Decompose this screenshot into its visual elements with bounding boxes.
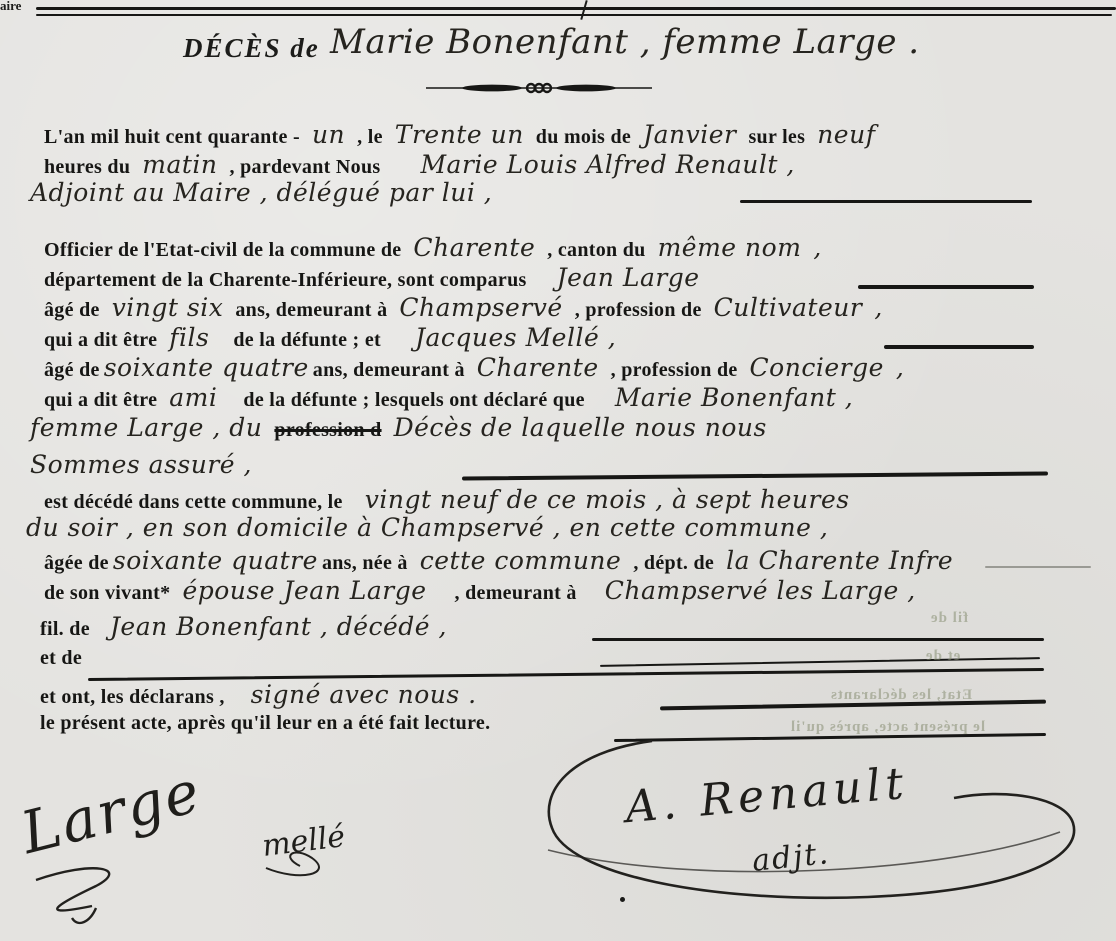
blank-fill-rule <box>600 657 1040 667</box>
blank-fill-rule <box>462 471 1048 480</box>
handwritten-text: vingt neuf de ce mois , à sept heures <box>365 485 850 514</box>
bleedthrough-text: Etat, les déclarants <box>830 687 972 704</box>
handwritten-text: , <box>813 233 821 262</box>
handwritten-text: un <box>312 120 345 149</box>
handwritten-text: Cultivateur <box>714 293 863 322</box>
handwritten-text: vingt six <box>112 293 224 322</box>
top-double-rule-1 <box>36 7 1116 10</box>
ink-dot <box>620 897 625 902</box>
act-line-18: et ont, les déclarans ,signé avec nous . <box>40 680 477 709</box>
handwritten-text: Concierge <box>750 353 884 382</box>
printed-text: , profession de <box>575 299 702 321</box>
blank-fill-rule <box>884 345 1034 349</box>
handwritten-text: matin <box>142 150 217 179</box>
printed-text: ans, demeurant à <box>313 359 465 381</box>
handwritten-text: , <box>874 293 882 322</box>
handwritten-text: , <box>896 353 904 382</box>
act-line-7: qui a dit êtrefilsde la défunte ; etJacq… <box>44 323 616 352</box>
handwritten-text: Charente <box>413 233 535 262</box>
handwritten-text: Champservé <box>399 293 562 322</box>
handwritten-text: Décès de laquelle nous nous <box>394 413 767 442</box>
record-title-handwritten: Marie Bonenfant , femme Large . <box>330 22 920 62</box>
act-line-12: est décédé dans cette commune, levingt n… <box>44 485 850 514</box>
handwritten-text: Adjoint au Maire , délégué par lui , <box>30 178 492 207</box>
act-line-8: âgé desoixante quatreans, demeurant àCha… <box>44 353 904 382</box>
handwritten-text: ami <box>169 383 217 412</box>
handwritten-text: Marie Bonenfant , femme Large . <box>330 22 920 62</box>
bleedthrough-text: fil de <box>930 610 968 627</box>
act-line-9: qui a dit êtreamide la défunte ; lesquel… <box>44 383 853 412</box>
printed-text: , le <box>357 126 383 148</box>
handwritten-text: soixante quatre <box>104 353 309 382</box>
printed-text: de la défunte ; lesquels ont déclaré que <box>243 389 584 411</box>
printed-text: , demeurant à <box>455 582 577 604</box>
handwritten-text: fils <box>169 323 209 352</box>
printed-text: , dépt. de <box>633 552 714 574</box>
printed-text: du mois de <box>536 126 631 148</box>
handwritten-text: Marie Louis Alfred Renault , <box>420 150 794 179</box>
printed-text: Officier de l'Etat-civil de la commune d… <box>44 239 401 261</box>
handwritten-text: du soir , en son domicile à Champservé ,… <box>26 513 828 542</box>
margin-text-fragment: aire <box>0 0 21 14</box>
printed-text: de son vivant* <box>44 582 170 604</box>
printed-text: de la défunte ; et <box>233 329 381 351</box>
blank-fill-rule <box>858 285 1034 289</box>
divider-ornament <box>424 80 654 96</box>
handwritten-text: épouse Jean Large <box>182 576 426 605</box>
handwritten-text: signé avec nous . <box>251 680 477 709</box>
printed-text: , canton du <box>547 239 645 261</box>
handwritten-text: cette commune <box>420 546 622 575</box>
handwritten-text: Trente un <box>395 120 524 149</box>
blank-fill-rule <box>740 200 1032 203</box>
printed-text: âgé de <box>44 299 100 321</box>
handwritten-text: Janvier <box>643 120 736 149</box>
act-line-15: de son vivant*épouse Jean Large, demeura… <box>44 576 916 605</box>
handwritten-text: Champservé les Large , <box>605 576 916 605</box>
printed-text: , pardevant Nous <box>230 156 381 178</box>
printed-text: qui a dit être <box>44 329 157 351</box>
printed-text: et ont, les déclarans , <box>40 686 225 708</box>
act-line-10: femme Large , duprofession dDécès de laq… <box>30 413 767 442</box>
printed-text: ans, née à <box>322 552 408 574</box>
printed-text: heures du <box>44 156 130 178</box>
act-line-13: du soir , en son domicile à Champservé ,… <box>26 513 828 542</box>
printed-text: ans, demeurant à <box>235 299 387 321</box>
death-record-page: aire DÉCÈS de Marie Bonenfant , femme La… <box>0 0 1116 941</box>
blank-fill-rule <box>592 638 1044 641</box>
printed-text: sur les <box>748 126 805 148</box>
printed-text: L'an mil huit cent quarante - <box>44 126 300 148</box>
handwritten-text: Marie Bonenfant , <box>615 383 853 412</box>
pen-stroke-on-rule <box>580 0 587 20</box>
printed-text-struck: profession d <box>274 419 381 441</box>
large-paraph <box>36 868 109 923</box>
printed-text: , profession de <box>611 359 738 381</box>
handwritten-text: neuf <box>817 120 875 149</box>
bleedthrough-text: et de <box>925 648 960 665</box>
printed-text: âgée de <box>44 552 109 574</box>
record-title-printed: DÉCÈS de <box>183 33 320 64</box>
printed-text: et de <box>40 647 82 669</box>
handwritten-text: Charente <box>477 353 599 382</box>
act-line-16: fil. deJean Bonenfant , décédé , <box>40 612 447 641</box>
act-line-4: Officier de l'Etat-civil de la commune d… <box>44 233 822 262</box>
handwritten-text: Sommes assuré , <box>30 450 252 479</box>
act-line-2: heures dumatin, pardevant NousMarie Loui… <box>44 150 795 179</box>
act-line-17: et de <box>40 647 82 670</box>
handwritten-text: femme Large , du <box>30 413 262 442</box>
handwritten-text: soixante quatre <box>113 546 318 575</box>
faint-pen-line <box>985 566 1091 568</box>
handwritten-text: Jean Large <box>557 263 700 292</box>
printed-text: département de la Charente-Inférieure, s… <box>44 269 527 291</box>
act-line-5: département de la Charente-Inférieure, s… <box>44 263 700 292</box>
printed-text: est décédé dans cette commune, le <box>44 491 343 513</box>
handwritten-text: même nom <box>658 233 802 262</box>
act-line-1: L'an mil huit cent quarante -un, leTrent… <box>44 120 875 149</box>
act-line-11: Sommes assuré , <box>30 450 252 479</box>
handwritten-text: la Charente Infre <box>726 546 953 575</box>
act-line-6: âgé devingt sixans, demeurant àChampserv… <box>44 293 883 322</box>
act-line-3: Adjoint au Maire , délégué par lui , <box>30 178 492 207</box>
top-double-rule-2 <box>36 14 1112 16</box>
act-line-14: âgée desoixante quatreans, née àcette co… <box>44 546 953 575</box>
printed-text: âgé de <box>44 359 100 381</box>
printed-text: qui a dit être <box>44 389 157 411</box>
handwritten-text: Jacques Mellé , <box>415 323 616 352</box>
printed-text: fil. de <box>40 618 90 640</box>
handwritten-text: Jean Bonenfant , décédé , <box>110 612 447 641</box>
